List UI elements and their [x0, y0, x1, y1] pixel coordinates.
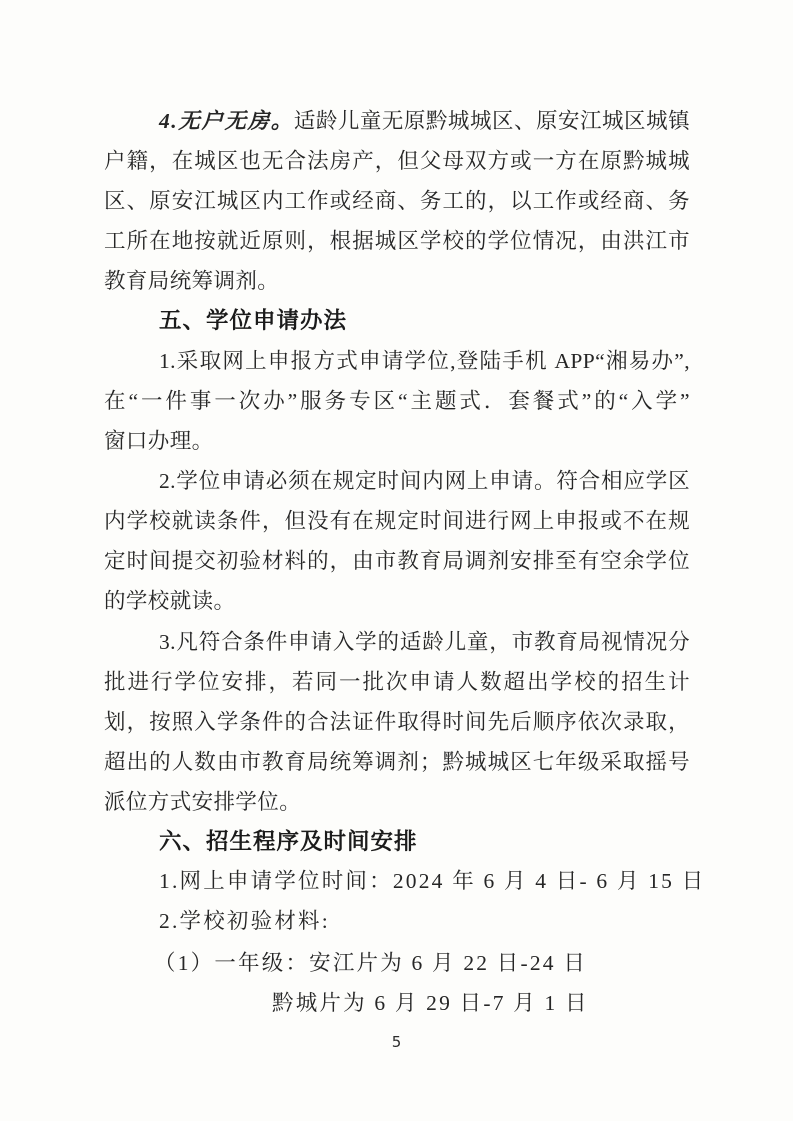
page-number: 5	[0, 1033, 793, 1051]
para4-line3: 区、原安江城区内工作或经商、务工的，以工作或经商、务	[104, 186, 690, 216]
para4-lead: 4.无户无房。	[159, 109, 294, 133]
s5-item2-line3: 定时间提交初验材料的，由市教育局调剂安排至有空余学位	[104, 546, 690, 576]
document-page: 4.无户无房。适龄儿童无原黔城城区、原安江城区城镇 户籍，在城区也无合法房产，但…	[0, 0, 793, 1121]
para4-line1-rest: 适龄儿童无原黔城城区、原安江城区城镇	[294, 109, 690, 133]
s5-item2-line2: 内学校就读条件，但没有在规定时间进行网上申报或不在规	[104, 506, 690, 536]
para4-line1: 4.无户无房。适龄儿童无原黔城城区、原安江城区城镇	[104, 106, 690, 136]
section-5-heading: 五、学位申请办法	[104, 306, 690, 336]
s5-item3-line5: 派位方式安排学位。	[104, 787, 690, 817]
s5-item2-line4: 的学校就读。	[104, 586, 690, 616]
para4-line5: 教育局统筹调剂。	[104, 266, 690, 296]
s6-item1: 1.网上申请学位时间：2024 年 6 月 4 日- 6 月 15 日	[104, 866, 690, 896]
s5-item2-line1: 2.学位申请必须在规定时间内网上申请。符合相应学区	[104, 466, 690, 496]
para4-line2: 户籍，在城区也无合法房产，但父母双方或一方在原黔城城	[104, 146, 690, 176]
s6-item2: 2.学校初验材料:	[104, 906, 690, 936]
para4-line4: 工所在地按就近原则，根据城区学校的学位情况，由洪江市	[104, 226, 690, 256]
s6-item2-sub1-continuation: 黔城片为 6 月 29 日-7 月 1 日	[104, 988, 690, 1018]
s5-item3-line2: 批进行学位安排，若同一批次申请人数超出学校的招生计	[104, 667, 690, 697]
s5-item3-line3: 划，按照入学条件的合法证件取得时间先后顺序依次录取，	[104, 707, 690, 737]
s6-item2-sub1: （1）一年级：安江片为 6 月 22 日-24 日	[104, 948, 690, 978]
s5-item1-line1: 1.采取网上申报方式申请学位,登陆手机 APP“湘易办”,	[104, 346, 690, 376]
s5-item1-line3: 窗口办理。	[104, 426, 690, 456]
section-6-heading: 六、招生程序及时间安排	[104, 827, 690, 857]
s5-item3-line4: 超出的人数由市教育局统筹调剂；黔城城区七年级采取摇号	[104, 747, 690, 777]
s5-item1-line2: 在“一件事一次办”服务专区“主题式．套餐式”的“入学”	[104, 386, 690, 416]
s5-item3-line1: 3.凡符合条件申请入学的适龄儿童，市教育局视情况分	[104, 627, 690, 657]
